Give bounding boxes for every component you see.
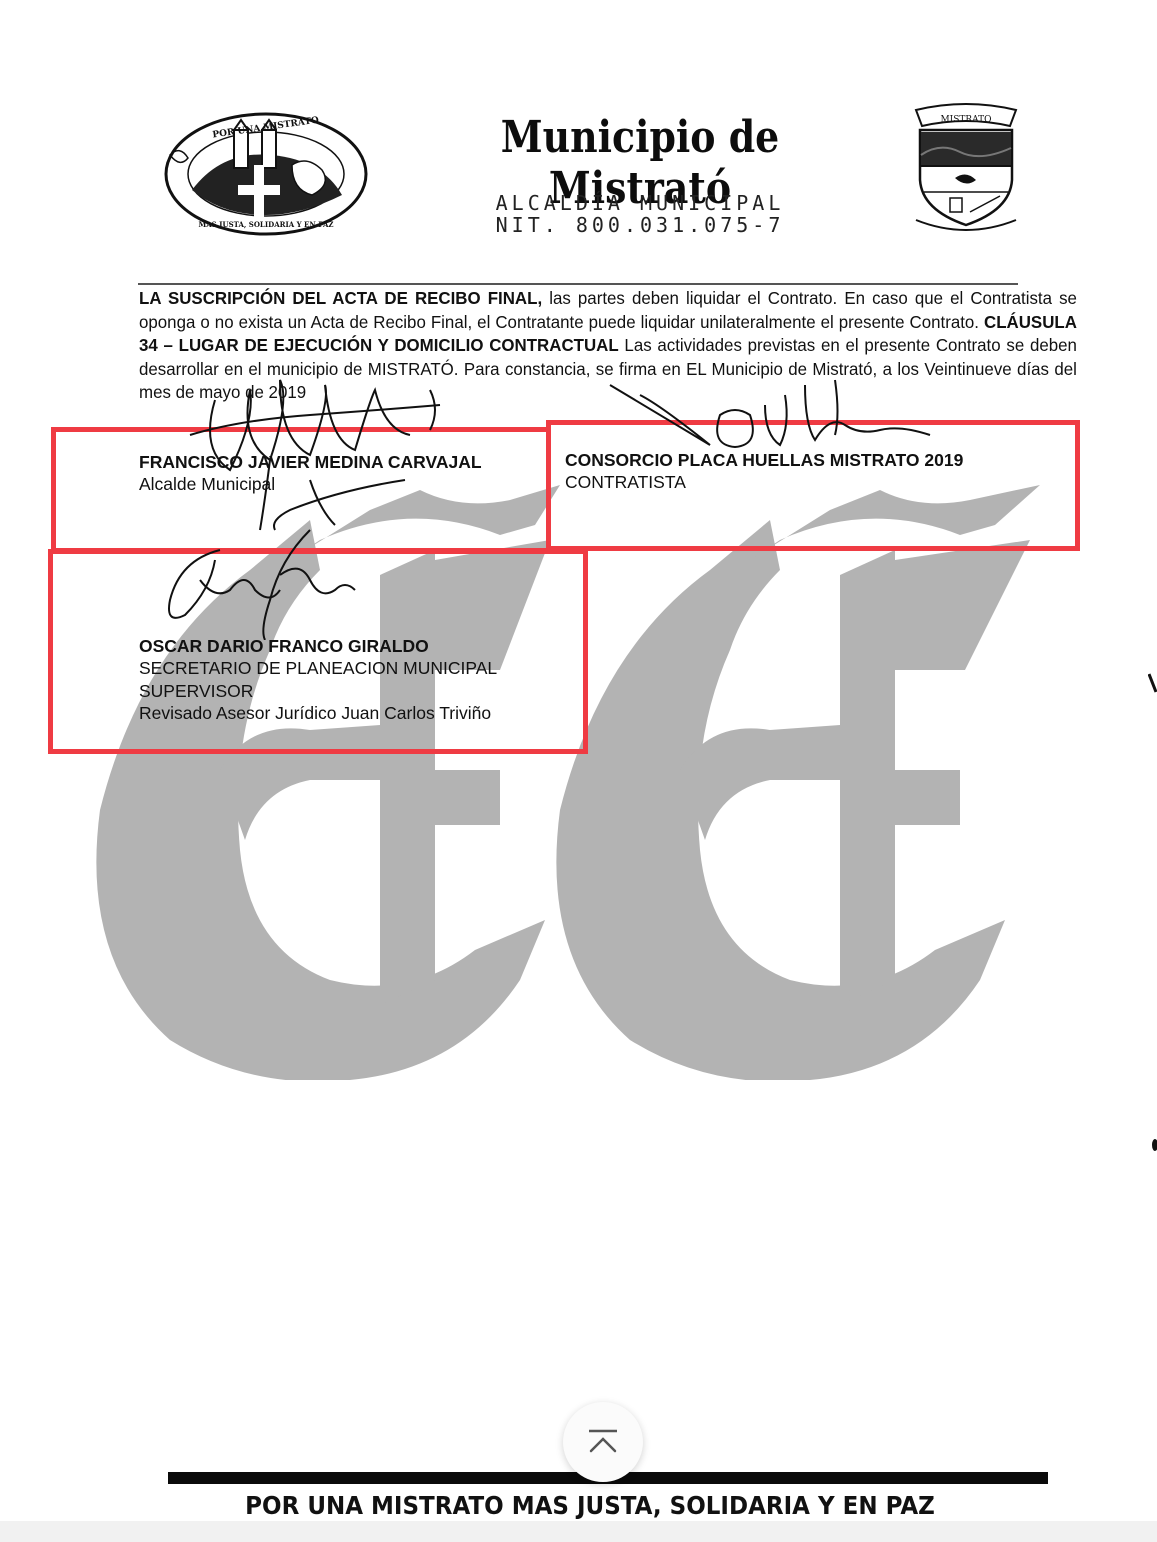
signer-name: CONSORCIO PLACA HUELLAS MISTRATO 2019 xyxy=(565,450,963,471)
edge-mark-icon xyxy=(1150,1136,1157,1152)
contract-clause-text: LA SUSCRIPCIÓN DEL ACTA DE RECIBO FINAL,… xyxy=(139,287,1077,405)
svg-text:MAS JUSTA, SOLIDARIA Y EN PAZ: MAS JUSTA, SOLIDARIA Y EN PAZ xyxy=(199,220,334,229)
scroll-to-top-icon xyxy=(586,1427,620,1457)
edge-mark-icon xyxy=(1148,672,1157,694)
subtitle-nit: NIT. 800.031.075-7 xyxy=(400,214,880,236)
svg-text:MISTRATO: MISTRATO xyxy=(940,115,991,125)
signer-role: SECRETARIO DE PLANEACION MUNICIPAL xyxy=(139,657,497,680)
subtitle-alcaldia: ALCALDÍA MUNICIPAL xyxy=(400,192,880,214)
coat-of-arms-icon: MISTRATO xyxy=(910,100,1022,235)
signature-block-alcalde: FRANCISCO JAVIER MEDINA CARVAJAL Alcalde… xyxy=(139,452,482,496)
signer-role: CONTRATISTA xyxy=(565,471,963,494)
header-rule xyxy=(138,283,1018,285)
scroll-to-top-button[interactable] xyxy=(563,1402,643,1482)
signer-role: Revisado Asesor Jurídico Juan Carlos Tri… xyxy=(139,702,497,725)
signer-name: FRANCISCO JAVIER MEDINA CARVAJAL xyxy=(139,452,482,473)
signature-block-supervisor: OSCAR DARIO FRANCO GIRALDO SECRETARIO DE… xyxy=(139,636,497,725)
municipal-seal-icon: POR UNA MISTRATO MAS JUSTA, SOLIDARIA Y … xyxy=(162,110,370,238)
viewer-bottom-bar xyxy=(0,1521,1157,1542)
subtitle: ALCALDÍA MUNICIPAL NIT. 800.031.075-7 xyxy=(400,192,880,236)
signer-role: Alcalde Municipal xyxy=(139,473,482,496)
signature-block-contratista: CONSORCIO PLACA HUELLAS MISTRATO 2019 CO… xyxy=(565,450,963,494)
signer-name: OSCAR DARIO FRANCO GIRALDO xyxy=(139,636,497,657)
signer-role: SUPERVISOR xyxy=(139,680,497,703)
clause-heading-acta: LA SUSCRIPCIÓN DEL ACTA DE RECIBO FINAL, xyxy=(139,288,542,308)
footer-motto: POR UNA MISTRATO MAS JUSTA, SOLIDARIA Y … xyxy=(185,1491,995,1520)
